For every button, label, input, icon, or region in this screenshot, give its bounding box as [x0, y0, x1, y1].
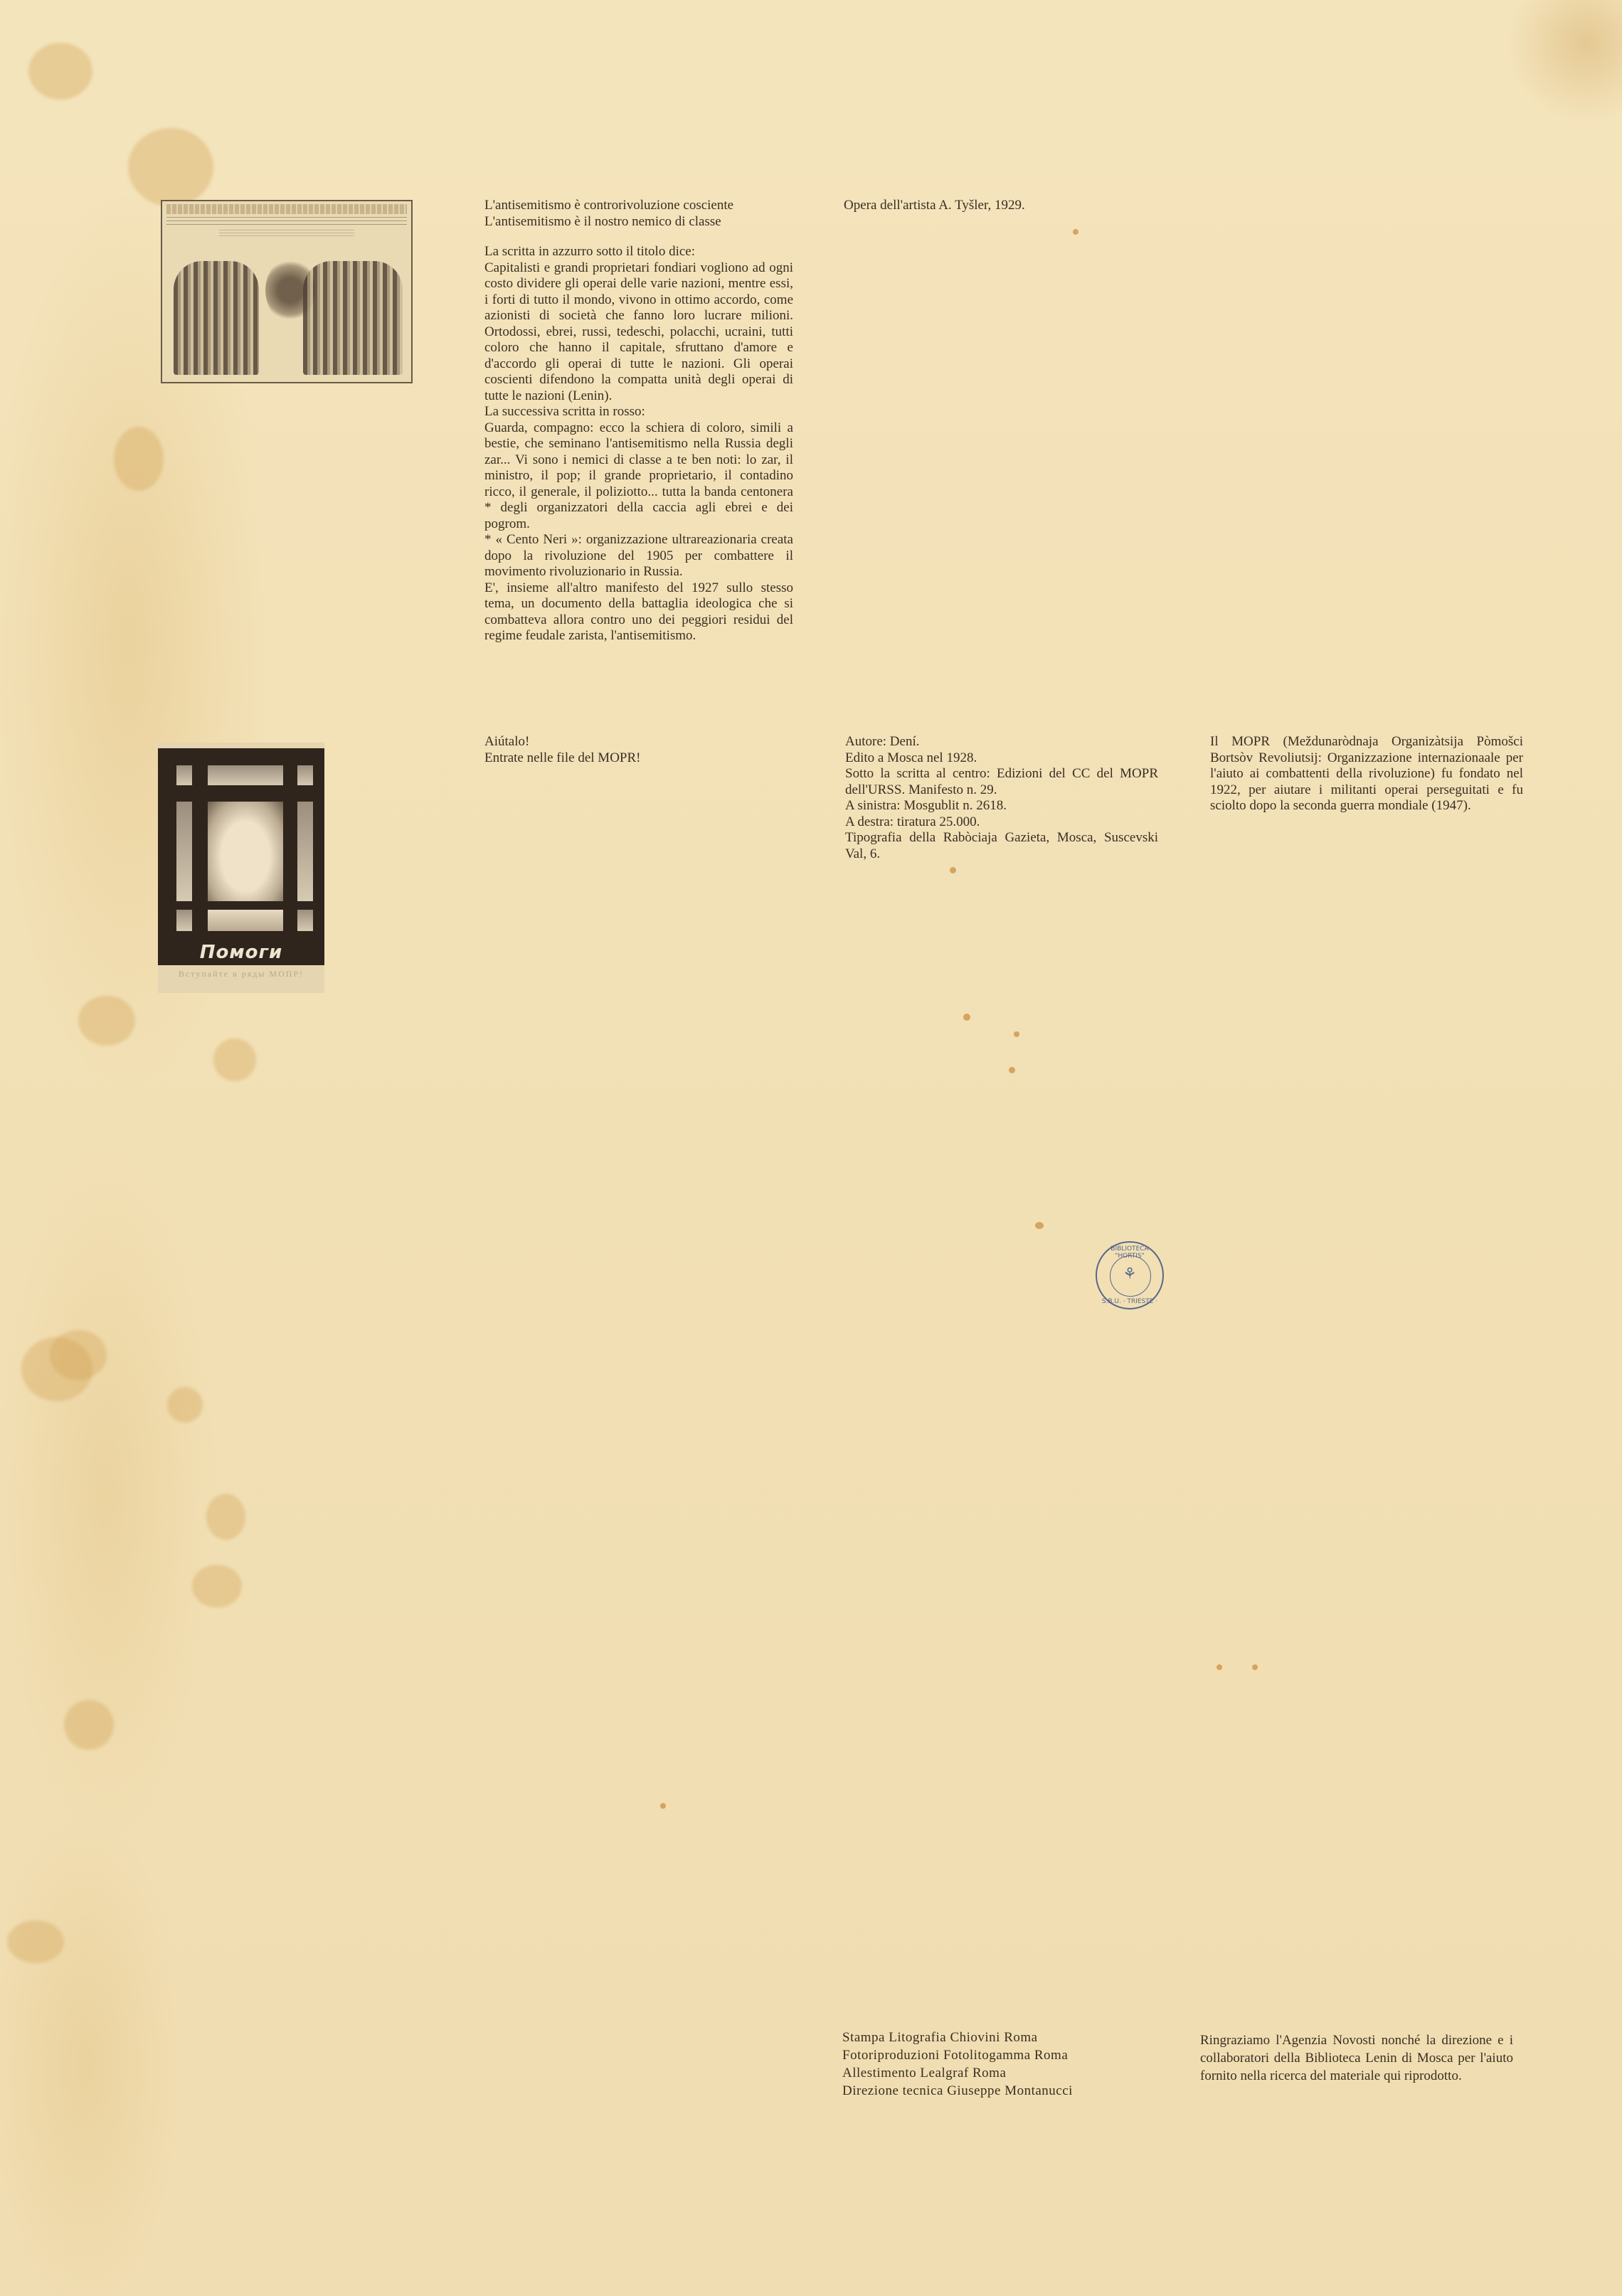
stain: [167, 1387, 203, 1423]
poster-thumbnail-mopr: Помоги Вступайте в ряды МОПР!: [158, 743, 324, 993]
stain: [64, 1700, 114, 1750]
acknowledgement-text: Ringraziamo l'Agenzia Novosti nonché la …: [1200, 2031, 1513, 2085]
entry-1-body-paragraph: Guarda, compagno: ecco la schiera di col…: [484, 420, 793, 533]
poster-subtext: [219, 230, 354, 238]
prison-bars-frame: Помоги: [158, 748, 324, 965]
entry-1-body-paragraph: Capitalisti e grandi proprietari fondiar…: [484, 260, 793, 405]
poster-thumbnail-antisemitism: [161, 200, 413, 383]
stain: [206, 1494, 245, 1540]
colophon: Stampa Litografia Chiovini Roma Fotoripr…: [842, 2029, 1141, 2100]
face-illustration: [208, 802, 283, 901]
colophon-line: Fotoriproduzioni Fotolitogamma Roma: [842, 2046, 1141, 2064]
entry-2-note: Il MOPR (Meždunaròdnaja Organizàtsija Pò…: [1210, 734, 1523, 814]
crowd-right: [303, 261, 403, 375]
spot: [950, 867, 956, 873]
stain: [7, 1920, 64, 1963]
spot: [1009, 1067, 1015, 1073]
spot: [1035, 1222, 1044, 1229]
acknowledgement: Ringraziamo l'Agenzia Novosti nonché la …: [1200, 2031, 1513, 2085]
credit-line: Edito a Mosca nel 1928.: [845, 750, 1158, 767]
entry-1-credit: Opera dell'artista A. Tyšler, 1929.: [844, 198, 1143, 214]
spot: [660, 1803, 666, 1809]
entry-1-credit-text: Opera dell'artista A. Tyšler, 1929.: [844, 198, 1143, 214]
colophon-line: Stampa Litografia Chiovini Roma: [842, 2029, 1141, 2046]
stain: [78, 996, 135, 1046]
colophon-line: Direzione tecnica Giuseppe Montanucci: [842, 2082, 1141, 2100]
crowd-left: [174, 261, 259, 375]
stain: [128, 128, 213, 206]
entry-1-body-paragraph: La successiva scritta in rosso:: [484, 404, 793, 420]
entry-1-caption: L'antisemitismo è controrivoluzione cosc…: [484, 198, 793, 644]
credit-line: A destra: tiratura 25.000.: [845, 814, 1158, 831]
stain: [114, 427, 164, 491]
poster-subtitle: Вступайте в ряды МОПР!: [158, 969, 324, 979]
stamp-bottom-text: S.B.U. · TRIESTE ·: [1097, 1298, 1162, 1305]
stain: [213, 1038, 256, 1081]
library-stamp: BIBLIOTECA "HORTIS" ⚘ S.B.U. · TRIESTE ·: [1096, 1241, 1164, 1309]
credit-line: Tipografia della Rabòciaja Gazieta, Mosc…: [845, 830, 1158, 862]
spot: [1216, 1664, 1222, 1670]
colophon-line: Allestimento Lealgraf Roma: [842, 2064, 1141, 2082]
credit-line: Sotto la scritta al centro: Edizioni del…: [845, 766, 1158, 798]
poster-slogan: Помоги: [158, 942, 324, 963]
entry-2-credits: Autore: Dení. Edito a Mosca nel 1928. So…: [845, 734, 1158, 862]
spot: [963, 1014, 970, 1021]
entry-1-body-paragraph: La scritta in azzurro sotto il titolo di…: [484, 244, 793, 260]
entry-1-footnote: * « Cento Neri »: organizzazione ultrare…: [484, 532, 793, 580]
credit-line: Autore: Dení.: [845, 734, 1158, 750]
mopr-note: Il MOPR (Meždunaròdnaja Organizàtsija Pò…: [1210, 734, 1523, 814]
spot: [1073, 229, 1078, 235]
stain: [192, 1565, 242, 1607]
stain: [50, 1330, 107, 1380]
credit-line: A sinistra: Mosgublit n. 2618.: [845, 798, 1158, 814]
spot: [1252, 1664, 1258, 1670]
entry-1-body-paragraph: E', insieme all'altro manifesto del 1927…: [484, 580, 793, 644]
entry-2-title-line: Entrate nelle file del MOPR!: [484, 750, 783, 767]
poster-header: [166, 204, 407, 214]
stain: [28, 43, 92, 100]
mouth-illustration: [208, 910, 283, 931]
entry-1-title-line: L'antisemitismo è controrivoluzione cosc…: [484, 198, 793, 214]
entry-2-title-line: Aiútalo!: [484, 734, 783, 750]
spot: [1014, 1031, 1019, 1037]
entry-2-title: Aiútalo! Entrate nelle file del MOPR!: [484, 734, 783, 766]
poster-text-lines: [166, 217, 407, 225]
anchor-emblem-icon: ⚘: [1097, 1267, 1162, 1282]
entry-1-title-line: L'antisemitismo è il nostro nemico di cl…: [484, 214, 793, 230]
